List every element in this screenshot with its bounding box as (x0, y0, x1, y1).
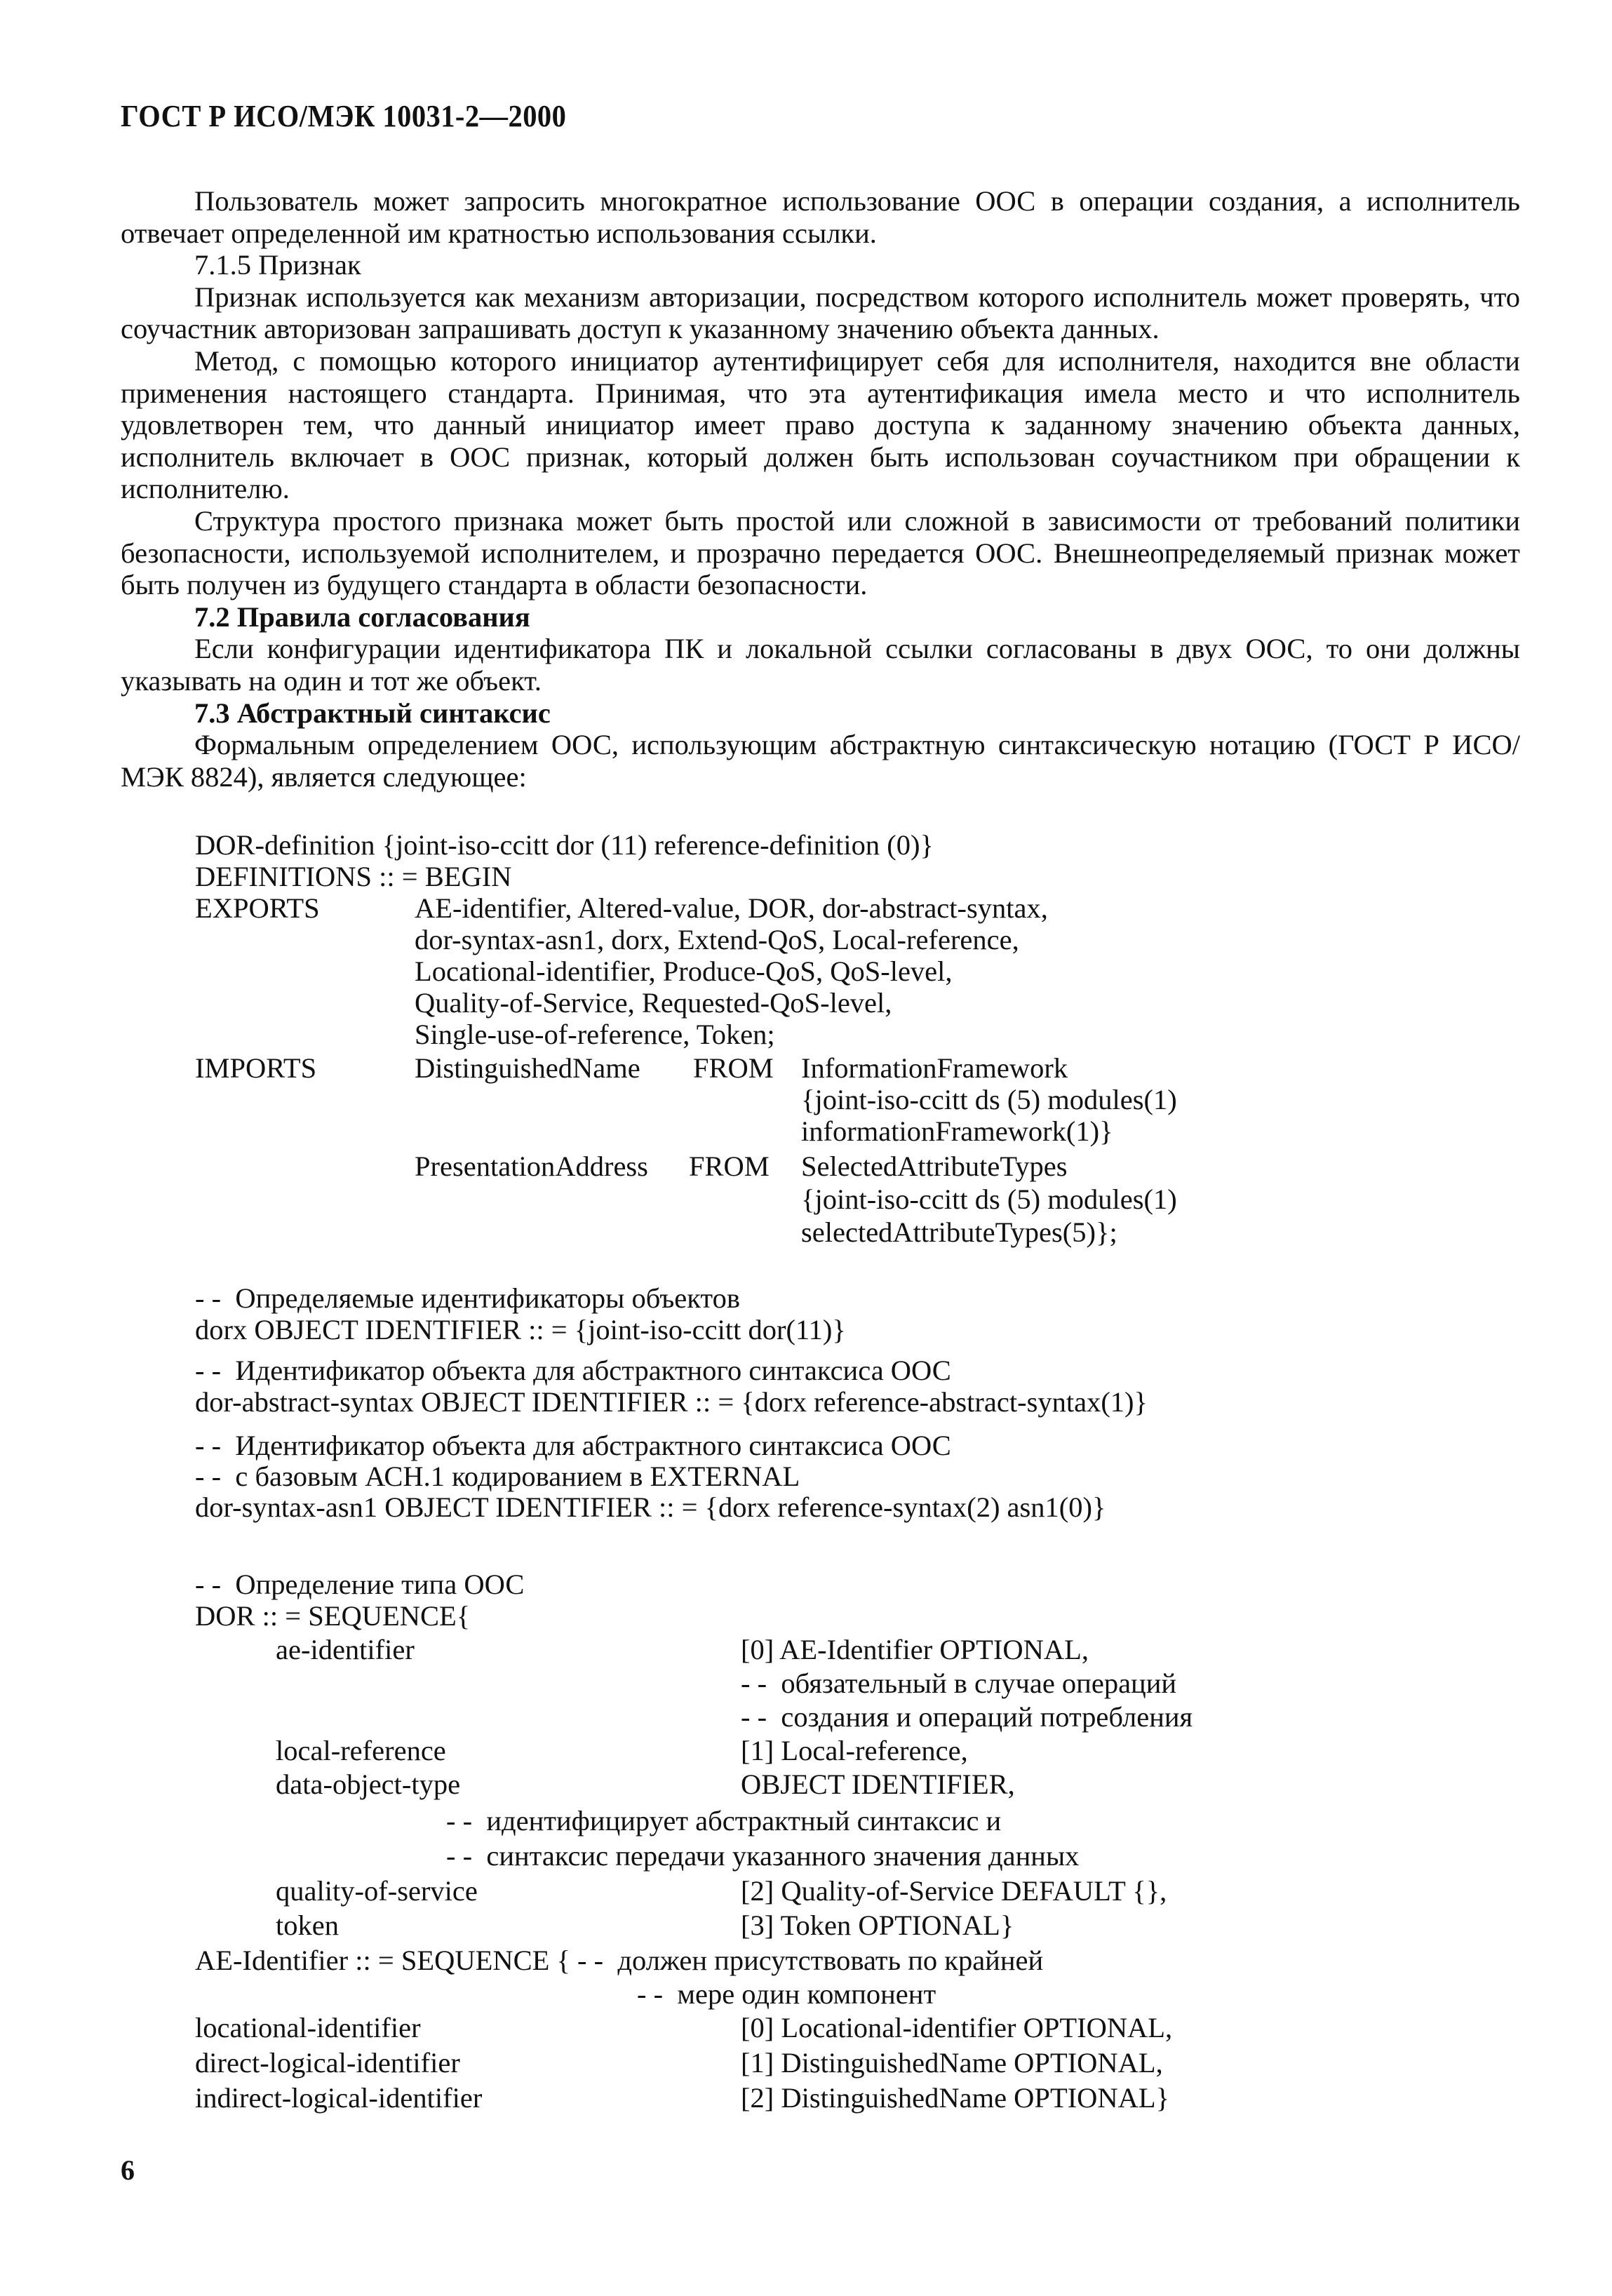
import-from: FROM (689, 1150, 770, 1182)
field-type: [2] Quality-of-Service DEFAULT {}, (741, 1875, 1167, 1907)
field-type: [0] Locational-identifier OPTIONAL, (741, 2012, 1172, 2043)
field-name: token (276, 1909, 339, 1941)
field-type: [3] Token OPTIONAL} (741, 1909, 1014, 1941)
asn1-comment: - - с базовым АСН.1 кодированием в EXTER… (195, 1461, 800, 1492)
field-type: [1] DistinguishedName OPTIONAL, (741, 2047, 1163, 2079)
section-heading-7-1-5: 7.1.5 Признак (121, 249, 1520, 281)
document-page: ГОСТ Р ИСО/МЭК 10031-2—2000 Пользователь… (0, 0, 1612, 2296)
paragraph-token-structure: Структура простого признака может быть п… (121, 505, 1520, 601)
import-name: DistinguishedName (415, 1052, 640, 1084)
import-name: PresentationAddress (415, 1150, 648, 1182)
paragraph-token-purpose: Признак используется как механизм автори… (121, 281, 1520, 345)
field-name: direct-logical-identifier (195, 2047, 460, 2079)
exports-line: AE-identifier, Altered-value, DOR, dor-a… (415, 892, 1048, 924)
asn1-comment: - - создания и операций потребления (741, 1701, 1193, 1733)
section-heading-7-2: 7.2 Правила согласования (121, 601, 1520, 633)
exports-keyword: EXPORTS (195, 892, 320, 924)
field-name: indirect-logical-identifier (195, 2082, 482, 2114)
exports-line: Single-use-of-reference, Token; (415, 1019, 775, 1050)
paragraph-multi-use: Пользователь может запросить многократно… (121, 185, 1520, 249)
field-name: locational-identifier (195, 2012, 421, 2043)
import-module: SelectedAttributeTypes (801, 1150, 1068, 1182)
field-name: local-reference (276, 1735, 446, 1766)
asn1-comment: - - Идентификатор объекта для абстрактно… (195, 1355, 951, 1386)
import-oid: informationFramework(1)} (801, 1115, 1113, 1147)
page-number: 6 (121, 2154, 135, 2187)
import-module: InformationFramework (801, 1052, 1068, 1084)
document-header: ГОСТ Р ИСО/МЭК 10031-2—2000 (121, 98, 566, 134)
section-heading-7-3: 7.3 Абстрактный синтаксис (121, 697, 1520, 730)
body-text: Пользователь может запросить многократно… (121, 185, 1520, 793)
asn1-comment: - - Идентификатор объекта для абстрактно… (195, 1430, 951, 1461)
field-name: ae-identifier (276, 1634, 415, 1665)
asn1-comment: - - синтаксис передачи указанного значен… (446, 1840, 1079, 1872)
asn1-comment: - - идентифицирует абстрактный синтаксис… (446, 1805, 1001, 1837)
field-type: [2] DistinguishedName OPTIONAL} (741, 2082, 1169, 2114)
import-from: FROM (693, 1052, 774, 1084)
field-name: data-object-type (276, 1768, 460, 1800)
paragraph-matching-rules: Если конфигурации идентификатора ПК и ло… (121, 633, 1520, 697)
import-oid: {joint-iso-ccitt ds (5) modules(1) (801, 1084, 1177, 1115)
oid-definition: dorx OBJECT IDENTIFIER :: = {joint-iso-c… (195, 1314, 846, 1345)
asn1-comment: - - Определение типа ООС (195, 1569, 524, 1600)
imports-keyword: IMPORTS (195, 1052, 316, 1084)
exports-line: Locational-identifier, Produce-QoS, QoS-… (415, 955, 953, 987)
import-oid: selectedAttributeTypes(5)}; (801, 1216, 1117, 1248)
asn1-comment: - - Определяемые идентификаторы объектов (195, 1282, 740, 1314)
paragraph-formal-definition: Формальным определением ООС, использующи… (121, 729, 1520, 793)
import-oid: {joint-iso-ccitt ds (5) modules(1) (801, 1183, 1177, 1215)
ae-sequence-head: AE-Identifier :: = SEQUENCE { - - должен… (195, 1945, 1043, 1976)
exports-line: dor-syntax-asn1, dorx, Extend-QoS, Local… (415, 924, 1019, 955)
definitions-line: DEFINITIONS :: = BEGIN (195, 861, 511, 892)
field-type: [0] AE-Identifier OPTIONAL, (741, 1634, 1089, 1665)
exports-line: Quality-of-Service, Requested-QoS-level, (415, 987, 892, 1019)
field-name: quality-of-service (276, 1875, 478, 1907)
oid-definition: dor-syntax-asn1 OBJECT IDENTIFIER :: = {… (195, 1491, 1106, 1523)
asn1-comment: - - обязательный в случае операций (741, 1667, 1176, 1699)
field-type: [1] Local-reference, (741, 1735, 968, 1766)
dor-sequence-head: DOR :: = SEQUENCE{ (195, 1600, 470, 1632)
asn1-comment: - - мере один компонент (637, 1978, 936, 2010)
paragraph-authentication: Метод, с помощью которого инициатор ауте… (121, 345, 1520, 505)
oid-definition: dor-abstract-syntax OBJECT IDENTIFIER ::… (195, 1386, 1148, 1418)
module-definition: DOR-definition {joint-iso-ccitt dor (11)… (195, 829, 934, 861)
field-type: OBJECT IDENTIFIER, (741, 1768, 1015, 1800)
